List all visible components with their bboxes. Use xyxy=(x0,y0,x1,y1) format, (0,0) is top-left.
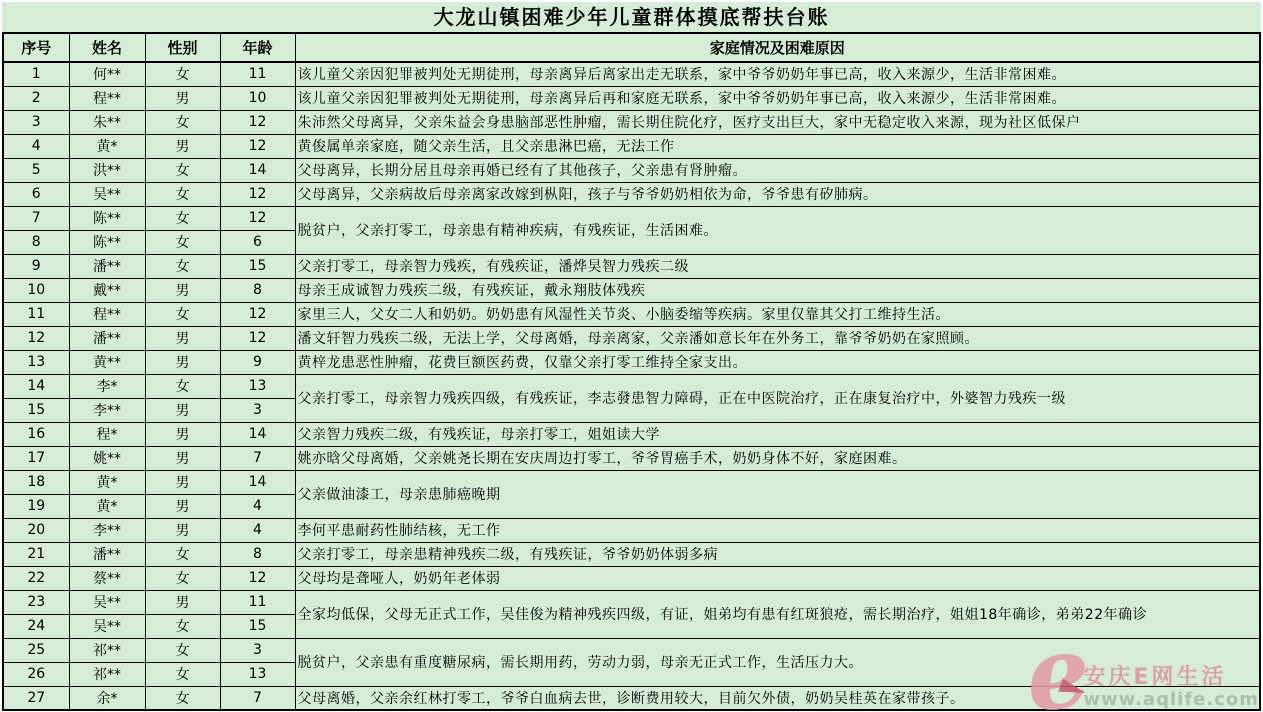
cell-gender: 男 xyxy=(145,278,220,302)
cell-gender: 男 xyxy=(145,134,220,158)
cell-name: 姚** xyxy=(69,446,145,470)
cell-reason: 母亲王成诚智力残疾二级，有残疾证，戴永翔肢体残疾 xyxy=(295,278,1260,302)
cell-name: 李** xyxy=(69,398,145,422)
table-row: 7陈**女12脱贫户，父亲打零工，母亲患有精神疾病，有残疾证，生活困难。 xyxy=(3,206,1260,230)
cell-no: 19 xyxy=(3,494,69,518)
table-row: 14李*女13父亲打零工，母亲智力残疾四级，有残疾证，李志發患智力障碍，正在中医… xyxy=(3,374,1260,398)
cell-gender: 女 xyxy=(145,614,220,638)
cell-name: 陈** xyxy=(69,230,145,254)
table-row: 2程**男10该儿童父亲因犯罪被判处无期徒刑，母亲离异后再和家庭无联系，家中爷爷… xyxy=(3,86,1260,110)
cell-age: 12 xyxy=(220,566,295,590)
table-row: 22蔡**女12父母均是聋哑人，奶奶年老体弱 xyxy=(3,566,1260,590)
cell-age: 4 xyxy=(220,518,295,542)
cell-no: 26 xyxy=(3,662,69,686)
cell-no: 24 xyxy=(3,614,69,638)
cell-reason: 父亲做油漆工，母亲患肺癌晚期 xyxy=(295,470,1260,518)
cell-age: 11 xyxy=(220,62,295,86)
cell-no: 2 xyxy=(3,86,69,110)
cell-age: 12 xyxy=(220,110,295,134)
table-row: 6吴**女12父母离异，父亲病故后母亲离家改嫁到枞阳，孩子与爷爷奶奶相依为命，爷… xyxy=(3,182,1260,206)
cell-no: 20 xyxy=(3,518,69,542)
cell-name: 李* xyxy=(69,374,145,398)
ledger-page: 大龙山镇困难少年儿童群体摸底帮扶台账 序号姓名性别年龄家庭情况及困难原因 1何*… xyxy=(2,2,1261,711)
cell-age: 8 xyxy=(220,542,295,566)
cell-reason: 姚亦晗父母离婚，父亲姚尧长期在安庆周边打零工，爷爷胃癌手术，奶奶身体不好，家庭困… xyxy=(295,446,1260,470)
ledger-table: 序号姓名性别年龄家庭情况及困难原因 1何**女11该儿童父亲因犯罪被判处无期徒刑… xyxy=(2,32,1261,711)
cell-reason: 李何平患耐药性肺结核，无工作 xyxy=(295,518,1260,542)
cell-reason: 父亲打零工，母亲患精神残疾二级，有残疾证，爷爷奶奶体弱多病 xyxy=(295,542,1260,566)
cell-name: 黄* xyxy=(69,134,145,158)
cell-gender: 男 xyxy=(145,86,220,110)
cell-name: 李** xyxy=(69,518,145,542)
table-row: 11程**女12家里三人，父女二人和奶奶。奶奶患有风湿性关节炎、小脑委缩等疾病。… xyxy=(3,302,1260,326)
cell-gender: 女 xyxy=(145,254,220,278)
cell-no: 10 xyxy=(3,278,69,302)
cell-no: 9 xyxy=(3,254,69,278)
cell-age: 10 xyxy=(220,86,295,110)
cell-name: 黄** xyxy=(69,350,145,374)
table-body: 1何**女11该儿童父亲因犯罪被判处无期徒刑，母亲离异后离家出走无联系，家中爷爷… xyxy=(3,62,1260,710)
cell-age: 12 xyxy=(220,182,295,206)
cell-gender: 男 xyxy=(145,350,220,374)
cell-gender: 女 xyxy=(145,662,220,686)
column-header-5: 家庭情况及困难原因 xyxy=(295,33,1260,62)
cell-age: 9 xyxy=(220,350,295,374)
cell-reason: 父亲打零工，母亲智力残疾，有残疾证，潘烨旲智力残疾二级 xyxy=(295,254,1260,278)
cell-no: 11 xyxy=(3,302,69,326)
cell-no: 22 xyxy=(3,566,69,590)
table-row: 23吴**男11全家均低保，父母无正式工作，吴佳俊为精神残疾四级，有证，姐弟均有… xyxy=(3,590,1260,614)
cell-no: 13 xyxy=(3,350,69,374)
table-row: 18黄*男14父亲做油漆工，母亲患肺癌晚期 xyxy=(3,470,1260,494)
table-row: 10戴**男8母亲王成诚智力残疾二级，有残疾证，戴永翔肢体残疾 xyxy=(3,278,1260,302)
column-header-2: 姓名 xyxy=(69,33,145,62)
cell-gender: 女 xyxy=(145,230,220,254)
cell-age: 13 xyxy=(220,374,295,398)
cell-no: 17 xyxy=(3,446,69,470)
cell-age: 4 xyxy=(220,494,295,518)
table-row: 27余*女7父母离婚，父亲余红林打零工，爷爷白血病去世，诊断费用较大，目前欠外债… xyxy=(3,686,1260,710)
cell-gender: 男 xyxy=(145,518,220,542)
table-row: 16程*男14父亲智力残疾二级，有残疾证，母亲打零工，姐姐读大学 xyxy=(3,422,1260,446)
cell-no: 23 xyxy=(3,590,69,614)
cell-name: 吴** xyxy=(69,614,145,638)
cell-age: 3 xyxy=(220,398,295,422)
cell-no: 16 xyxy=(3,422,69,446)
cell-name: 陈** xyxy=(69,206,145,230)
cell-reason: 父母离异，长期分居且母亲再婚已经有了其他孩子，父亲患有肾肿瘤。 xyxy=(295,158,1260,182)
cell-age: 15 xyxy=(220,614,295,638)
column-header-3: 性别 xyxy=(145,33,220,62)
cell-gender: 男 xyxy=(145,326,220,350)
cell-gender: 女 xyxy=(145,182,220,206)
cell-gender: 女 xyxy=(145,62,220,86)
cell-no: 15 xyxy=(3,398,69,422)
cell-reason: 父亲智力残疾二级，有残疾证，母亲打零工，姐姐读大学 xyxy=(295,422,1260,446)
cell-no: 18 xyxy=(3,470,69,494)
cell-reason: 黄俊属单亲家庭，随父亲生活，且父亲患淋巴癌，无法工作 xyxy=(295,134,1260,158)
cell-name: 朱** xyxy=(69,110,145,134)
cell-gender: 男 xyxy=(145,590,220,614)
cell-name: 蔡** xyxy=(69,566,145,590)
cell-age: 12 xyxy=(220,206,295,230)
cell-gender: 女 xyxy=(145,638,220,662)
cell-age: 8 xyxy=(220,278,295,302)
cell-name: 吴** xyxy=(69,182,145,206)
cell-age: 7 xyxy=(220,686,295,710)
cell-age: 14 xyxy=(220,470,295,494)
cell-name: 程** xyxy=(69,302,145,326)
cell-reason: 该儿童父亲因犯罪被判处无期徒刑，母亲离异后再和家庭无联系，家中爷爷奶奶年事已高，… xyxy=(295,86,1260,110)
table-row: 25祁**女3脱贫户，父亲患有重度糖尿病，需长期用药，劳动力弱，母亲无正式工作，… xyxy=(3,638,1260,662)
cell-age: 14 xyxy=(220,158,295,182)
cell-no: 12 xyxy=(3,326,69,350)
cell-gender: 男 xyxy=(145,446,220,470)
cell-name: 戴** xyxy=(69,278,145,302)
table-row: 4黄*男12黄俊属单亲家庭，随父亲生活，且父亲患淋巴癌，无法工作 xyxy=(3,134,1260,158)
cell-name: 祁** xyxy=(69,662,145,686)
cell-name: 黄* xyxy=(69,494,145,518)
cell-gender: 女 xyxy=(145,566,220,590)
page-title: 大龙山镇困难少年儿童群体摸底帮扶台账 xyxy=(2,2,1261,32)
table-row: 21潘**女8父亲打零工，母亲患精神残疾二级，有残疾证，爷爷奶奶体弱多病 xyxy=(3,542,1260,566)
column-header-4: 年龄 xyxy=(220,33,295,62)
cell-gender: 女 xyxy=(145,374,220,398)
cell-age: 12 xyxy=(220,134,295,158)
cell-age: 14 xyxy=(220,422,295,446)
column-header-1: 序号 xyxy=(3,33,69,62)
cell-reason: 父母均是聋哑人，奶奶年老体弱 xyxy=(295,566,1260,590)
cell-no: 14 xyxy=(3,374,69,398)
table-header: 序号姓名性别年龄家庭情况及困难原因 xyxy=(3,33,1260,62)
cell-name: 吴** xyxy=(69,590,145,614)
cell-reason: 家里三人，父女二人和奶奶。奶奶患有风湿性关节炎、小脑委缩等疾病。家里仅靠其父打工… xyxy=(295,302,1260,326)
cell-age: 6 xyxy=(220,230,295,254)
cell-gender: 女 xyxy=(145,542,220,566)
cell-name: 黄* xyxy=(69,470,145,494)
table-row: 13黄**男9黄梓龙患恶性肿瘤，花费巨额医药费，仅靠父亲打零工维持全家支出。 xyxy=(3,350,1260,374)
cell-no: 4 xyxy=(3,134,69,158)
cell-name: 何** xyxy=(69,62,145,86)
cell-no: 5 xyxy=(3,158,69,182)
table-row: 20李**男4李何平患耐药性肺结核，无工作 xyxy=(3,518,1260,542)
cell-name: 余* xyxy=(69,686,145,710)
cell-reason: 父亲打零工，母亲智力残疾四级，有残疾证，李志發患智力障碍，正在中医院治疗，正在康… xyxy=(295,374,1260,422)
cell-reason: 朱沛然父母离异，父亲朱益会身患脑部恶性肿瘤，需长期住院化疗，医疗支出巨大，家中无… xyxy=(295,110,1260,134)
cell-gender: 女 xyxy=(145,302,220,326)
cell-reason: 黄梓龙患恶性肿瘤，花费巨额医药费，仅靠父亲打零工维持全家支出。 xyxy=(295,350,1260,374)
cell-no: 25 xyxy=(3,638,69,662)
cell-gender: 女 xyxy=(145,110,220,134)
cell-no: 7 xyxy=(3,206,69,230)
table-row: 9潘**女15父亲打零工，母亲智力残疾，有残疾证，潘烨旲智力残疾二级 xyxy=(3,254,1260,278)
table-row: 1何**女11该儿童父亲因犯罪被判处无期徒刑，母亲离异后离家出走无联系，家中爷爷… xyxy=(3,62,1260,86)
header-row: 序号姓名性别年龄家庭情况及困难原因 xyxy=(3,33,1260,62)
cell-reason: 父母离异，父亲病故后母亲离家改嫁到枞阳，孩子与爷爷奶奶相依为命，爷爷患有矽肺病。 xyxy=(295,182,1260,206)
cell-reason: 脱贫户，父亲打零工，母亲患有精神疾病，有残疾证，生活困难。 xyxy=(295,206,1260,254)
cell-reason: 脱贫户，父亲患有重度糖尿病，需长期用药，劳动力弱，母亲无正式工作，生活压力大。 xyxy=(295,638,1260,686)
cell-no: 8 xyxy=(3,230,69,254)
cell-gender: 女 xyxy=(145,686,220,710)
cell-no: 1 xyxy=(3,62,69,86)
cell-name: 程** xyxy=(69,86,145,110)
table-row: 12潘**男12潘文轩智力残疾二级，无法上学，父母离婚，母亲离家，父亲潘如意长年… xyxy=(3,326,1260,350)
cell-no: 27 xyxy=(3,686,69,710)
cell-gender: 男 xyxy=(145,470,220,494)
cell-gender: 男 xyxy=(145,398,220,422)
cell-no: 6 xyxy=(3,182,69,206)
cell-age: 12 xyxy=(220,326,295,350)
cell-name: 程* xyxy=(69,422,145,446)
cell-age: 15 xyxy=(220,254,295,278)
cell-age: 11 xyxy=(220,590,295,614)
cell-gender: 男 xyxy=(145,422,220,446)
cell-gender: 女 xyxy=(145,206,220,230)
table-row: 17姚**男7姚亦晗父母离婚，父亲姚尧长期在安庆周边打零工，爷爷胃癌手术，奶奶身… xyxy=(3,446,1260,470)
cell-gender: 女 xyxy=(145,158,220,182)
cell-reason: 潘文轩智力残疾二级，无法上学，父母离婚，母亲离家，父亲潘如意长年在外务工，靠爷爷… xyxy=(295,326,1260,350)
table-row: 3朱**女12朱沛然父母离异，父亲朱益会身患脑部恶性肿瘤，需长期住院化疗，医疗支… xyxy=(3,110,1260,134)
cell-no: 21 xyxy=(3,542,69,566)
cell-reason: 全家均低保，父母无正式工作，吴佳俊为精神残疾四级，有证，姐弟均有患有红斑狼疮，需… xyxy=(295,590,1260,638)
cell-no: 3 xyxy=(3,110,69,134)
cell-name: 潘** xyxy=(69,254,145,278)
cell-name: 潘** xyxy=(69,326,145,350)
cell-age: 12 xyxy=(220,302,295,326)
cell-age: 7 xyxy=(220,446,295,470)
table-row: 5洪**女14父母离异，长期分居且母亲再婚已经有了其他孩子，父亲患有肾肿瘤。 xyxy=(3,158,1260,182)
cell-name: 祁** xyxy=(69,638,145,662)
cell-age: 3 xyxy=(220,638,295,662)
cell-age: 13 xyxy=(220,662,295,686)
cell-reason: 父母离婚，父亲余红林打零工，爷爷白血病去世，诊断费用较大，目前欠外债，奶奶吴桂英… xyxy=(295,686,1260,710)
cell-name: 洪** xyxy=(69,158,145,182)
cell-gender: 男 xyxy=(145,494,220,518)
cell-name: 潘** xyxy=(69,542,145,566)
cell-reason: 该儿童父亲因犯罪被判处无期徒刑，母亲离异后离家出走无联系，家中爷爷奶奶年事已高，… xyxy=(295,62,1260,86)
